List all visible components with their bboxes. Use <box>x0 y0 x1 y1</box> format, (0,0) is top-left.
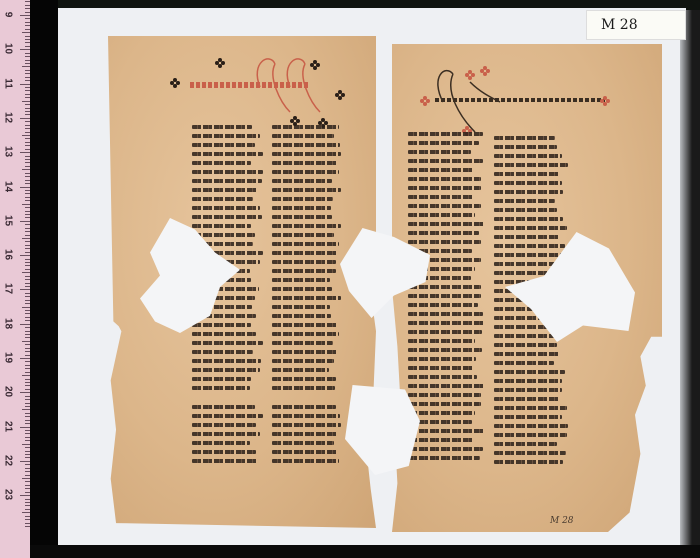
text-line <box>494 253 561 257</box>
text-line <box>272 450 338 454</box>
ruler-tick <box>25 53 30 54</box>
ruler-tick <box>20 289 30 290</box>
text-line <box>408 204 481 208</box>
ruler-tick <box>22 375 30 376</box>
ruler-tick <box>25 279 30 280</box>
ruler-tick <box>20 324 30 325</box>
specimen-label: M 28 <box>586 10 686 40</box>
ornament-icon <box>480 66 490 76</box>
text-line <box>494 415 562 419</box>
ruler-tick <box>22 478 30 479</box>
ruler-tick <box>25 320 30 321</box>
ruler-tick <box>25 348 30 349</box>
ruler-tick <box>22 444 30 445</box>
ruler-tick <box>25 176 30 177</box>
text-line <box>192 332 256 336</box>
ruler-tick <box>25 231 30 232</box>
text-line <box>494 190 563 194</box>
ruler-tick <box>25 211 30 212</box>
text-line <box>494 172 560 176</box>
ruler-tick <box>25 166 30 167</box>
text-line <box>494 244 565 248</box>
text-line <box>408 375 477 379</box>
text-line <box>494 226 567 230</box>
ruler-tick <box>25 389 30 390</box>
ruler-tick <box>25 413 30 414</box>
ruler-number: 23 <box>3 488 14 502</box>
ruler-tick <box>25 303 30 304</box>
text-line <box>408 456 480 460</box>
ruler-tick <box>25 385 30 386</box>
ornament-icon <box>335 90 345 100</box>
ruler-tick <box>25 447 30 448</box>
ruler-tick <box>25 502 30 503</box>
ruler-tick <box>25 433 30 434</box>
text-line <box>272 287 332 291</box>
text-line <box>494 208 557 212</box>
ruler-number: 18 <box>3 316 14 330</box>
ruler-tick <box>25 8 30 9</box>
text-line <box>494 199 555 203</box>
text-line <box>272 350 338 354</box>
text-line <box>494 397 559 401</box>
ruler-tick <box>25 420 30 421</box>
text-line <box>272 260 336 264</box>
text-line <box>408 294 481 298</box>
text-line <box>192 170 263 174</box>
text-line <box>272 206 331 210</box>
ruler-number: 11 <box>3 76 14 90</box>
text-line <box>272 161 338 165</box>
ruler-tick <box>22 204 30 205</box>
text-line <box>272 188 341 192</box>
ruler-tick <box>25 207 30 208</box>
text-line <box>192 134 260 138</box>
ruler-tick <box>25 519 30 520</box>
ruler-tick <box>22 238 30 239</box>
board-edge <box>680 10 700 558</box>
text-line <box>494 163 568 167</box>
ruler-tick <box>22 169 30 170</box>
ruler-tick <box>25 235 30 236</box>
ruler-tick <box>25 125 30 126</box>
ruler-tick <box>20 358 30 359</box>
text-line <box>408 312 483 316</box>
ruler-tick <box>25 523 30 524</box>
text-line <box>192 459 258 463</box>
text-line <box>408 393 481 397</box>
ruler-tick <box>25 457 30 458</box>
text-line <box>192 323 251 327</box>
text-line <box>192 386 250 390</box>
text-line <box>494 352 560 356</box>
text-line <box>408 438 474 442</box>
text-line <box>408 402 481 406</box>
ruler-tick <box>25 22 30 23</box>
ruler-tick <box>25 293 30 294</box>
ruler-tick <box>25 406 30 407</box>
ruler-tick <box>25 509 30 510</box>
ruler-tick <box>25 73 30 74</box>
ruler-tick <box>20 118 30 119</box>
ruler-tick <box>25 437 30 438</box>
text-line <box>272 143 340 147</box>
text-line <box>192 441 250 445</box>
ruler-tick <box>22 307 30 308</box>
ruler-tick <box>25 361 30 362</box>
text-line <box>494 136 555 140</box>
ruler-tick <box>25 313 30 314</box>
ruler-tick <box>25 142 30 143</box>
text-line <box>408 357 476 361</box>
ruler-tick <box>25 399 30 400</box>
text-line <box>408 213 475 217</box>
ruler-number: 17 <box>3 282 14 296</box>
text-line <box>272 125 339 129</box>
ruler-tick <box>25 283 30 284</box>
ruler-tick <box>25 70 30 71</box>
ruler-tick <box>25 108 30 109</box>
ruler-tick <box>25 132 30 133</box>
text-line <box>272 432 337 436</box>
text-line <box>272 377 336 381</box>
text-line <box>408 159 483 163</box>
ruler-tick <box>22 512 30 513</box>
ruler-tick <box>25 379 30 380</box>
ruler-tick <box>25 138 30 139</box>
text-line <box>494 235 559 239</box>
text-line <box>272 134 334 138</box>
text-line <box>408 141 479 145</box>
text-line <box>272 224 341 228</box>
text-line <box>494 262 559 266</box>
ruler-tick <box>25 60 30 61</box>
ruler-tick <box>25 248 30 249</box>
text-line <box>408 195 473 199</box>
ruler-tick <box>25 310 30 311</box>
text-line <box>494 451 566 455</box>
ruler-tick <box>25 190 30 191</box>
ruler-number: 14 <box>3 179 14 193</box>
ruler-tick <box>25 481 30 482</box>
ruler-tick <box>25 269 30 270</box>
text-line <box>272 386 335 390</box>
text-line <box>408 132 483 136</box>
text-line <box>408 186 481 190</box>
ruler-tick <box>25 526 30 527</box>
text-line <box>408 348 482 352</box>
ruler-tick <box>25 46 30 47</box>
text-line <box>192 188 257 192</box>
ornament-icon <box>215 58 225 68</box>
ruler-tick <box>25 499 30 500</box>
backdrop-bottom <box>30 545 700 558</box>
ruler-tick <box>25 241 30 242</box>
ruler-tick <box>25 440 30 441</box>
text-line <box>408 366 474 370</box>
ornament-icon <box>170 78 180 88</box>
ruler-tick <box>25 296 30 297</box>
text-line <box>408 240 481 244</box>
text-line <box>272 233 334 237</box>
text-line <box>272 332 339 336</box>
ruler-tick <box>25 56 30 57</box>
ruler-number: 10 <box>3 42 14 56</box>
text-line <box>192 450 256 454</box>
measuring-ruler: 91011121314151617181920212223 <box>0 0 30 558</box>
text-line <box>494 361 554 365</box>
ruler-tick <box>20 495 30 496</box>
ruler-tick <box>25 5 30 6</box>
text-line <box>408 177 481 181</box>
ruler-tick <box>25 365 30 366</box>
text-line <box>272 414 340 418</box>
text-line <box>494 181 562 185</box>
text-line <box>494 370 565 374</box>
ruler-tick <box>25 451 30 452</box>
text-line <box>192 377 251 381</box>
ruler-tick <box>25 77 30 78</box>
ruler-tick <box>25 423 30 424</box>
ruler-tick <box>25 197 30 198</box>
text-line <box>494 343 557 347</box>
ruler-tick <box>25 145 30 146</box>
ornament-icon <box>600 96 610 106</box>
ruler-tick <box>20 15 30 16</box>
ornament-icon <box>310 60 320 70</box>
ruler-tick <box>25 351 30 352</box>
ruler-tick <box>25 245 30 246</box>
text-column-left-2 <box>272 125 342 463</box>
ruler-tick <box>25 262 30 263</box>
text-line <box>272 359 334 363</box>
ruler-number: 22 <box>3 453 14 467</box>
text-line <box>272 405 336 409</box>
text-line <box>408 330 482 334</box>
text-line <box>272 197 333 201</box>
ruler-tick <box>25 111 30 112</box>
ruler-tick <box>25 276 30 277</box>
text-line <box>272 251 337 255</box>
ruler-tick <box>25 25 30 26</box>
text-line <box>192 224 251 228</box>
text-line <box>272 242 339 246</box>
ruler-tick <box>20 84 30 85</box>
text-line <box>192 350 253 354</box>
ruler-tick <box>20 255 30 256</box>
text-line <box>494 154 562 158</box>
ruler-tick <box>25 183 30 184</box>
text-line <box>272 278 330 282</box>
ruler-tick <box>25 355 30 356</box>
ruler-tick <box>25 403 30 404</box>
ruler-tick <box>22 135 30 136</box>
text-line <box>494 424 568 428</box>
text-line <box>272 170 339 174</box>
text-line <box>192 368 260 372</box>
text-line <box>272 305 330 309</box>
text-line <box>192 359 261 363</box>
text-line <box>272 179 332 183</box>
text-line <box>494 442 557 446</box>
ruler-tick <box>25 94 30 95</box>
text-line <box>494 433 567 437</box>
ruler-tick <box>25 200 30 201</box>
text-line <box>408 168 473 172</box>
ruler-tick <box>25 173 30 174</box>
ruler-number: 13 <box>3 145 14 159</box>
text-line <box>192 405 255 409</box>
ruler-tick <box>20 427 30 428</box>
text-line <box>408 231 479 235</box>
text-line <box>192 414 263 418</box>
text-line <box>192 423 256 427</box>
ruler-tick <box>25 416 30 417</box>
ruler-tick <box>25 156 30 157</box>
text-column-right-1 <box>408 132 486 460</box>
text-line <box>494 406 567 410</box>
ruler-tick <box>25 372 30 373</box>
ruler-tick <box>22 409 30 410</box>
text-line <box>192 341 263 345</box>
text-line <box>408 303 478 307</box>
ruler-tick <box>25 217 30 218</box>
ruler-tick <box>20 392 30 393</box>
text-line <box>408 339 475 343</box>
ruler-tick <box>20 49 30 50</box>
ruler-tick <box>25 180 30 181</box>
text-line <box>272 215 332 219</box>
text-line <box>272 323 337 327</box>
text-line <box>494 388 562 392</box>
text-line <box>494 379 562 383</box>
ruler-tick <box>25 149 30 150</box>
ruler-tick <box>22 341 30 342</box>
ruler-tick <box>20 221 30 222</box>
ruler-tick <box>25 334 30 335</box>
ruler-number: 19 <box>3 351 14 365</box>
ornament-icon <box>465 70 475 80</box>
text-line <box>494 460 563 464</box>
ruler-tick <box>25 286 30 287</box>
pencil-shelfmark: M 28 <box>550 516 574 526</box>
text-line <box>272 296 341 300</box>
ruler-tick <box>25 382 30 383</box>
ruler-tick <box>25 331 30 332</box>
ruler-tick <box>25 492 30 493</box>
ruler-tick <box>25 344 30 345</box>
ornament-icon <box>420 96 430 106</box>
text-line <box>192 233 255 237</box>
ruler-tick <box>25 80 30 81</box>
ruler-tick <box>20 461 30 462</box>
text-line <box>494 334 558 338</box>
ruler-tick <box>25 104 30 105</box>
text-line <box>192 215 262 219</box>
ruler-number: 15 <box>3 213 14 227</box>
ruler-tick <box>20 152 30 153</box>
text-line <box>192 143 255 147</box>
ruler-tick <box>25 468 30 469</box>
ruler-tick <box>25 337 30 338</box>
ruler-tick <box>25 162 30 163</box>
ruler-tick <box>25 485 30 486</box>
text-line <box>408 411 475 415</box>
ruler-tick <box>25 471 30 472</box>
text-line <box>192 206 260 210</box>
ruler-tick <box>25 128 30 129</box>
ruler-tick <box>25 159 30 160</box>
ruler-tick <box>25 87 30 88</box>
text-line <box>272 269 336 273</box>
ruler-tick <box>25 488 30 489</box>
text-line <box>408 222 485 226</box>
ruler-tick <box>25 327 30 328</box>
text-line <box>272 459 339 463</box>
ruler-tick <box>25 29 30 30</box>
ruler-tick <box>25 475 30 476</box>
ruler-tick <box>25 97 30 98</box>
text-line <box>408 150 471 154</box>
ruler-number: 21 <box>3 419 14 433</box>
ruler-tick <box>25 317 30 318</box>
text-line <box>408 429 485 433</box>
ruler-tick <box>25 265 30 266</box>
text-line <box>272 152 341 156</box>
text-line <box>408 384 484 388</box>
ruler-tick <box>25 193 30 194</box>
ruler-tick <box>25 505 30 506</box>
ruler-tick <box>25 224 30 225</box>
ruler-tick <box>25 121 30 122</box>
ruler-number: 20 <box>3 385 14 399</box>
text-line <box>272 423 341 427</box>
ruler-tick <box>25 39 30 40</box>
ruler-tick <box>25 464 30 465</box>
text-line <box>192 432 260 436</box>
text-line <box>192 125 252 129</box>
ruler-tick <box>25 1 30 2</box>
text-line <box>494 217 563 221</box>
ruler-tick <box>25 12 30 13</box>
ruler-tick <box>22 101 30 102</box>
ruler-tick <box>25 36 30 37</box>
ruler-tick <box>25 18 30 19</box>
ruler-tick <box>25 90 30 91</box>
ruler-tick <box>25 300 30 301</box>
ruler-tick <box>25 252 30 253</box>
text-line <box>192 197 253 201</box>
ruler-tick <box>25 228 30 229</box>
text-line <box>408 447 483 451</box>
ruler-tick <box>25 259 30 260</box>
text-line <box>494 145 557 149</box>
ruler-tick <box>22 32 30 33</box>
ruler-tick <box>25 430 30 431</box>
ruler-tick <box>25 214 30 215</box>
ruler-tick <box>22 272 30 273</box>
ruler-tick <box>25 63 30 64</box>
ruler-tick <box>25 396 30 397</box>
ruler-tick <box>25 516 30 517</box>
text-line <box>192 179 262 183</box>
ruler-tick <box>25 42 30 43</box>
text-line <box>408 321 484 325</box>
ruler-tick <box>25 114 30 115</box>
text-line <box>192 161 251 165</box>
text-line <box>272 341 333 345</box>
ruler-number: 12 <box>3 110 14 124</box>
